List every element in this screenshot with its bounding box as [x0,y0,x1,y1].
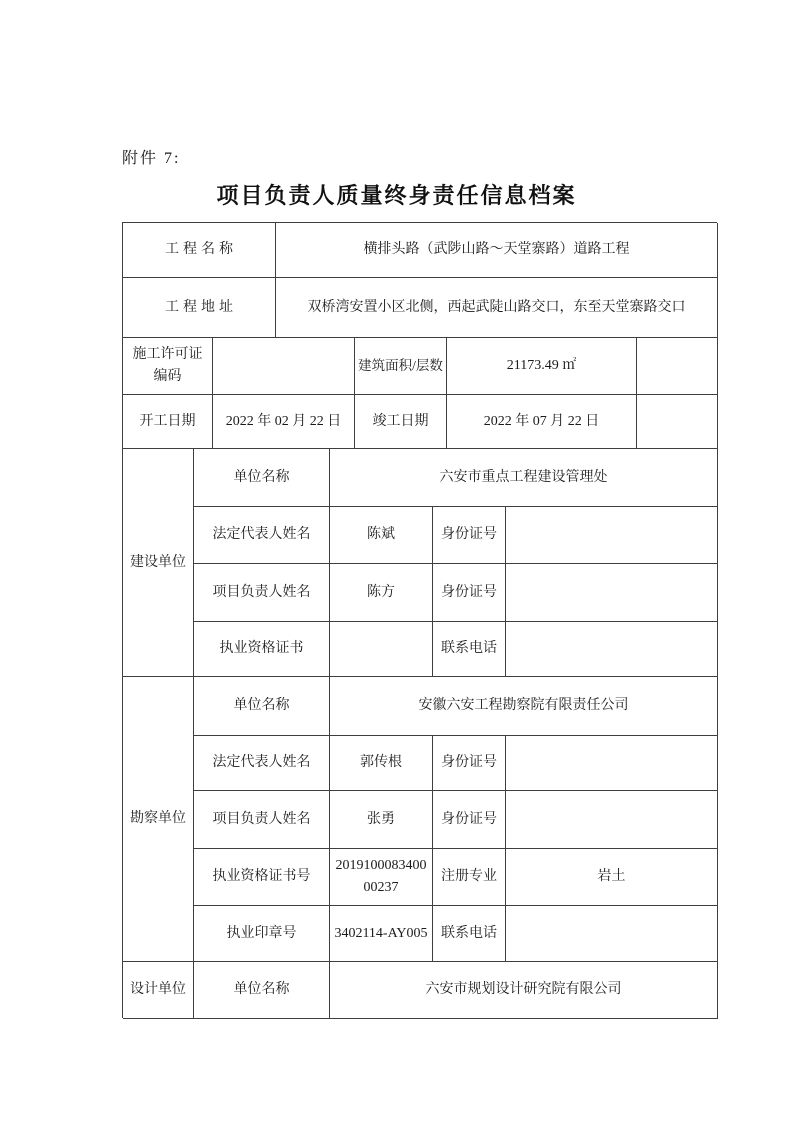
document-page: 附件 7: 项目负责人质量终身责任信息档案 工程名称 横排头路（武陟山路～天堂寨… [0,0,793,1122]
design-unit-name-value: 六安市规划设计研究院有限公司 [330,962,718,1019]
construction-qualification-label: 执业资格证书 [194,622,330,677]
building-area-value: 21173.49 ㎡ [447,338,637,395]
survey-unit-name-label: 单位名称 [194,677,330,736]
construction-qualification-value [330,622,433,677]
survey-phone-label: 联系电话 [433,906,506,962]
survey-legal-rep-id-label: 身份证号 [433,736,506,791]
building-area-label: 建筑面积/层数 [355,338,447,395]
survey-seal-number-label: 执业印章号 [194,906,330,962]
construction-project-leader-id-value [506,564,718,622]
page-title: 项目负责人质量终身责任信息档案 [0,179,793,210]
construction-unit-section-label: 建设单位 [123,449,194,677]
construction-project-leader-id-label: 身份证号 [433,564,506,622]
permit-code-value [213,338,355,395]
survey-project-leader-id-label: 身份证号 [433,791,506,849]
project-name-label: 工程名称 [123,223,276,278]
construction-phone-label: 联系电话 [433,622,506,677]
project-name-value: 横排头路（武陟山路～天堂寨路）道路工程 [276,223,718,278]
survey-registered-major-label: 注册专业 [433,849,506,906]
construction-legal-rep-label: 法定代表人姓名 [194,507,330,564]
survey-cert-number-label: 执业资格证书号 [194,849,330,906]
completion-date-label: 竣工日期 [355,395,447,449]
permit-code-label: 施工许可证编码 [123,338,213,395]
survey-seal-number-value: 3402114-AY005 [330,906,433,962]
row3-empty-cell [637,338,718,395]
survey-legal-rep-id-value [506,736,718,791]
project-address-value: 双桥湾安置小区北侧，西起武陡山路交口，东至天堂寨路交口 [276,278,718,338]
survey-project-leader-value: 张勇 [330,791,433,849]
completion-date-value: 2022 年 07 月 22 日 [447,395,637,449]
survey-cert-number-value: 201910008340000237 [330,849,433,906]
start-date-label: 开工日期 [123,395,213,449]
start-date-value: 2022 年 02 月 22 日 [213,395,355,449]
construction-unit-name-label: 单位名称 [194,449,330,507]
attachment-label: 附件 7: [122,145,180,168]
survey-project-leader-id-value [506,791,718,849]
construction-unit-name-value: 六安市重点工程建设管理处 [330,449,718,507]
survey-unit-section-label: 勘察单位 [123,677,194,962]
survey-registered-major-value: 岩土 [506,849,718,906]
project-address-label: 工程地址 [123,278,276,338]
survey-legal-rep-value: 郭传根 [330,736,433,791]
row4-empty-cell [637,395,718,449]
survey-unit-name-value: 安徽六安工程勘察院有限责任公司 [330,677,718,736]
construction-legal-rep-id-label: 身份证号 [433,507,506,564]
construction-legal-rep-value: 陈斌 [330,507,433,564]
construction-legal-rep-id-value [506,507,718,564]
design-unit-section-label: 设计单位 [123,962,194,1019]
construction-phone-value [506,622,718,677]
design-unit-name-label: 单位名称 [194,962,330,1019]
construction-project-leader-value: 陈方 [330,564,433,622]
construction-project-leader-label: 项目负责人姓名 [194,564,330,622]
info-table: 工程名称 横排头路（武陟山路～天堂寨路）道路工程 工程地址 双桥湾安置小区北侧，… [122,222,717,1018]
survey-phone-value [506,906,718,962]
survey-legal-rep-label: 法定代表人姓名 [194,736,330,791]
survey-project-leader-label: 项目负责人姓名 [194,791,330,849]
